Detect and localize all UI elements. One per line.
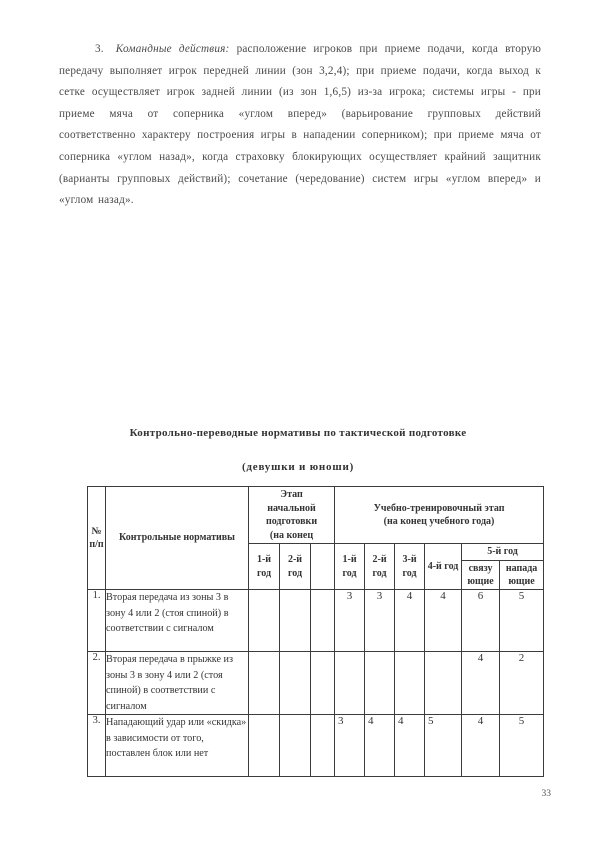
- section-title: Контрольно-переводные нормативы по такти…: [57, 427, 539, 439]
- table-row-1: 1. Вторая передача из зоны 3 в зону 4 ил…: [88, 590, 544, 652]
- row-number-cell: 2.: [88, 652, 106, 715]
- value-cell-training-year3: 4: [395, 715, 425, 777]
- table-row-2: 2. Вторая передача в прыжке из зоны 3 в …: [88, 652, 544, 715]
- normatives-table: № п/п Контрольные нормативы Этап начальн…: [87, 486, 544, 777]
- col-group-training-stage: Учебно-тренировочный этап (на конец учеб…: [335, 487, 544, 544]
- value-cell-training-year3: 4: [395, 590, 425, 652]
- col-header-attackers: напада ющие: [500, 561, 544, 590]
- value-cell-initial-year1: [249, 715, 280, 777]
- col-header-initial-extra: [311, 544, 335, 590]
- col-header-training-year2: 2-й год: [365, 544, 395, 590]
- value-cell-initial-extra: [311, 590, 335, 652]
- col-header-training-year3: 3-й год: [395, 544, 425, 590]
- value-cell-initial-year2: [280, 590, 311, 652]
- paragraph-number: 3.: [95, 43, 104, 55]
- value-cell-training-year3: [395, 652, 425, 715]
- value-cell-initial-extra: [311, 715, 335, 777]
- col-header-normatives: Контрольные нормативы: [106, 487, 249, 590]
- value-cell-setters: 4: [462, 715, 500, 777]
- value-cell-initial-year1: [249, 590, 280, 652]
- col-header-initial-year1: 1-й год: [249, 544, 280, 590]
- col-header-training-year1: 1-й год: [335, 544, 365, 590]
- value-cell-initial-year2: [280, 652, 311, 715]
- col-group-initial-stage: Этап начальной подготовки (на конец: [249, 487, 335, 544]
- value-cell-training-year2: 4: [365, 715, 395, 777]
- col-header-number: № п/п: [88, 487, 106, 590]
- col-header-initial-year2: 2-й год: [280, 544, 311, 590]
- value-cell-training-year2: [365, 652, 395, 715]
- value-cell-attackers: 5: [500, 590, 544, 652]
- value-cell-setters: 4: [462, 652, 500, 715]
- col-header-year5: 5-й год: [462, 544, 544, 561]
- row-number-cell: 1.: [88, 590, 106, 652]
- header-group-row: № п/п Контрольные нормативы Этап начальн…: [88, 487, 544, 544]
- value-cell-initial-year2: [280, 715, 311, 777]
- value-cell-training-year4: [425, 652, 462, 715]
- body-paragraph: 3.Командные действия: расположение игрок…: [59, 39, 541, 212]
- page-number: 33: [59, 789, 551, 799]
- table-body: 1. Вторая передача из зоны 3 в зону 4 ил…: [88, 590, 544, 777]
- value-cell-setters: 6: [462, 590, 500, 652]
- col-header-setters: связу ющие: [462, 561, 500, 590]
- document-page: 3.Командные действия: расположение игрок…: [0, 0, 595, 842]
- table-row-3: 3. Нападающий удар или «скидка» в зависи…: [88, 715, 544, 777]
- normative-name-cell: Вторая передача из зоны 3 в зону 4 или 2…: [106, 590, 249, 652]
- value-cell-training-year4: 5: [425, 715, 462, 777]
- col-header-training-year4: 4-й год: [425, 544, 462, 590]
- value-cell-attackers: 2: [500, 652, 544, 715]
- normative-name-cell: Вторая передача в прыжке из зоны 3 в зон…: [106, 652, 249, 715]
- value-cell-attackers: 5: [500, 715, 544, 777]
- section-subtitle: (девушки и юноши): [57, 461, 539, 473]
- value-cell-training-year4: 4: [425, 590, 462, 652]
- value-cell-initial-extra: [311, 652, 335, 715]
- value-cell-training-year1: 3: [335, 715, 365, 777]
- value-cell-training-year1: 3: [335, 590, 365, 652]
- paragraph-text: расположение игроков при приеме подачи, …: [59, 43, 541, 206]
- value-cell-training-year1: [335, 652, 365, 715]
- normative-name-cell: Нападающий удар или «скидка» в зависимос…: [106, 715, 249, 777]
- paragraph-lead-italic: Командные действия:: [116, 43, 230, 55]
- table-header: № п/п Контрольные нормативы Этап начальн…: [88, 487, 544, 590]
- value-cell-initial-year1: [249, 652, 280, 715]
- row-number-cell: 3.: [88, 715, 106, 777]
- value-cell-training-year2: 3: [365, 590, 395, 652]
